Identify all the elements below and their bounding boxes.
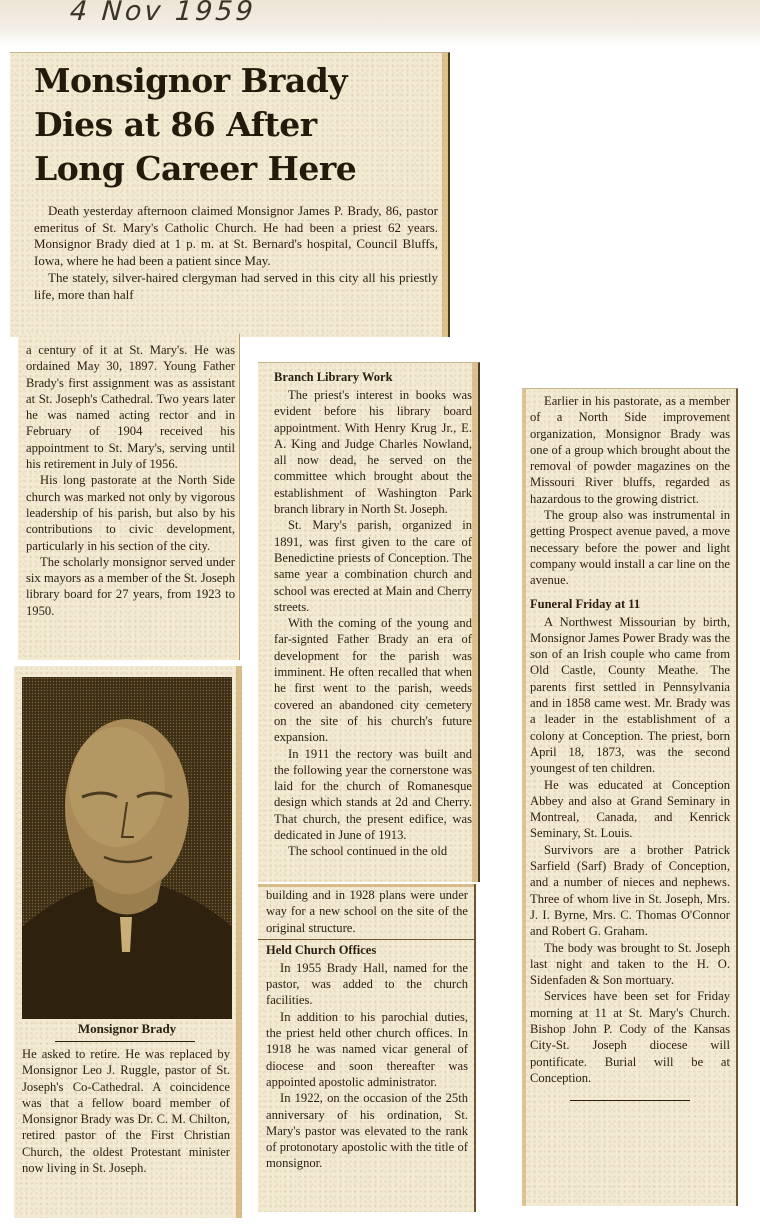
column-2-paragraph: With the coming of the young and far-sig… (274, 615, 472, 745)
column-1-paragraph: The scholarly monsignor served under six… (26, 554, 235, 619)
column-3-paragraph: The group also was instrumental in getti… (530, 507, 730, 588)
headline-clipping: Monsignor Brady Dies at 86 After Long Ca… (10, 52, 450, 337)
portrait-icon (22, 677, 232, 1019)
column-2-paragraph: In 1911 the rectory was built and the fo… (274, 746, 472, 844)
subhead-held-church-offices: Held Church Offices (266, 943, 468, 958)
column-1-paragraph: a century of it at St. Mary's. He was or… (26, 342, 235, 472)
column-3-paragraph: Services have been set for Friday mornin… (530, 988, 730, 1086)
column-3-paragraph: He was educated at Conception Abbey and … (530, 777, 730, 842)
column-3-paragraph: A Northwest Missourian by birth, Monsign… (530, 614, 730, 777)
column-3-paragraph: Earlier in his pastorate, as a member of… (530, 393, 730, 507)
column-2-paragraph: St. Mary's parish, organized in 1891, wa… (274, 517, 472, 615)
subhead-branch-library-work: Branch Library Work (274, 370, 472, 385)
subhead-funeral-friday: Funeral Friday at 11 (530, 597, 730, 612)
second-paragraph-start: The stately, silver-haired clergyman had… (34, 270, 438, 303)
handwritten-date: 4 Nov 1959 (69, 0, 257, 27)
column-2-continuation: building and in 1928 plans were under wa… (266, 887, 468, 936)
column-2-paragraph: In 1955 Brady Hall, named for the pastor… (266, 960, 468, 1009)
headline-line-1: Monsignor Brady (34, 59, 438, 103)
column-1-clipping: a century of it at St. Mary's. He was or… (18, 334, 240, 660)
section-divider (258, 939, 474, 940)
caption-rule (55, 1041, 195, 1042)
end-rule (570, 1100, 690, 1101)
column-2-paragraph: The school continued in the old (274, 843, 472, 859)
column-1-paragraph: His long pastorate at the North Side chu… (26, 472, 235, 553)
column-3-clipping: Earlier in his pastorate, as a member of… (522, 388, 738, 1206)
column-2-paragraph: In 1922, on the occasion of the 25th ann… (266, 1090, 468, 1171)
column-2-clipping-top: Branch Library Work The priest's interes… (258, 362, 480, 882)
column-2-paragraph: The priest's interest in books was evide… (274, 387, 472, 517)
column-3-paragraph: Survivors are a brother Patrick Sarfield… (530, 842, 730, 940)
column-3-paragraph: The body was brought to St. Joseph last … (530, 940, 730, 989)
headline: Monsignor Brady Dies at 86 After Long Ca… (34, 59, 438, 191)
headline-line-2: Dies at 86 After (34, 103, 438, 147)
lead-paragraph: Death yesterday afternoon claimed Monsig… (34, 203, 438, 270)
photo-caption: Monsignor Brady (22, 1021, 232, 1037)
headline-line-3: Long Career Here (34, 147, 438, 191)
column-1-after-photo-paragraph: He asked to retire. He was replaced by M… (22, 1046, 230, 1176)
portrait-photo (22, 677, 232, 1019)
column-2-paragraph: In addition to his parochial duties, the… (266, 1009, 468, 1090)
column-2-clipping-bottom: building and in 1928 plans were under wa… (258, 884, 476, 1212)
